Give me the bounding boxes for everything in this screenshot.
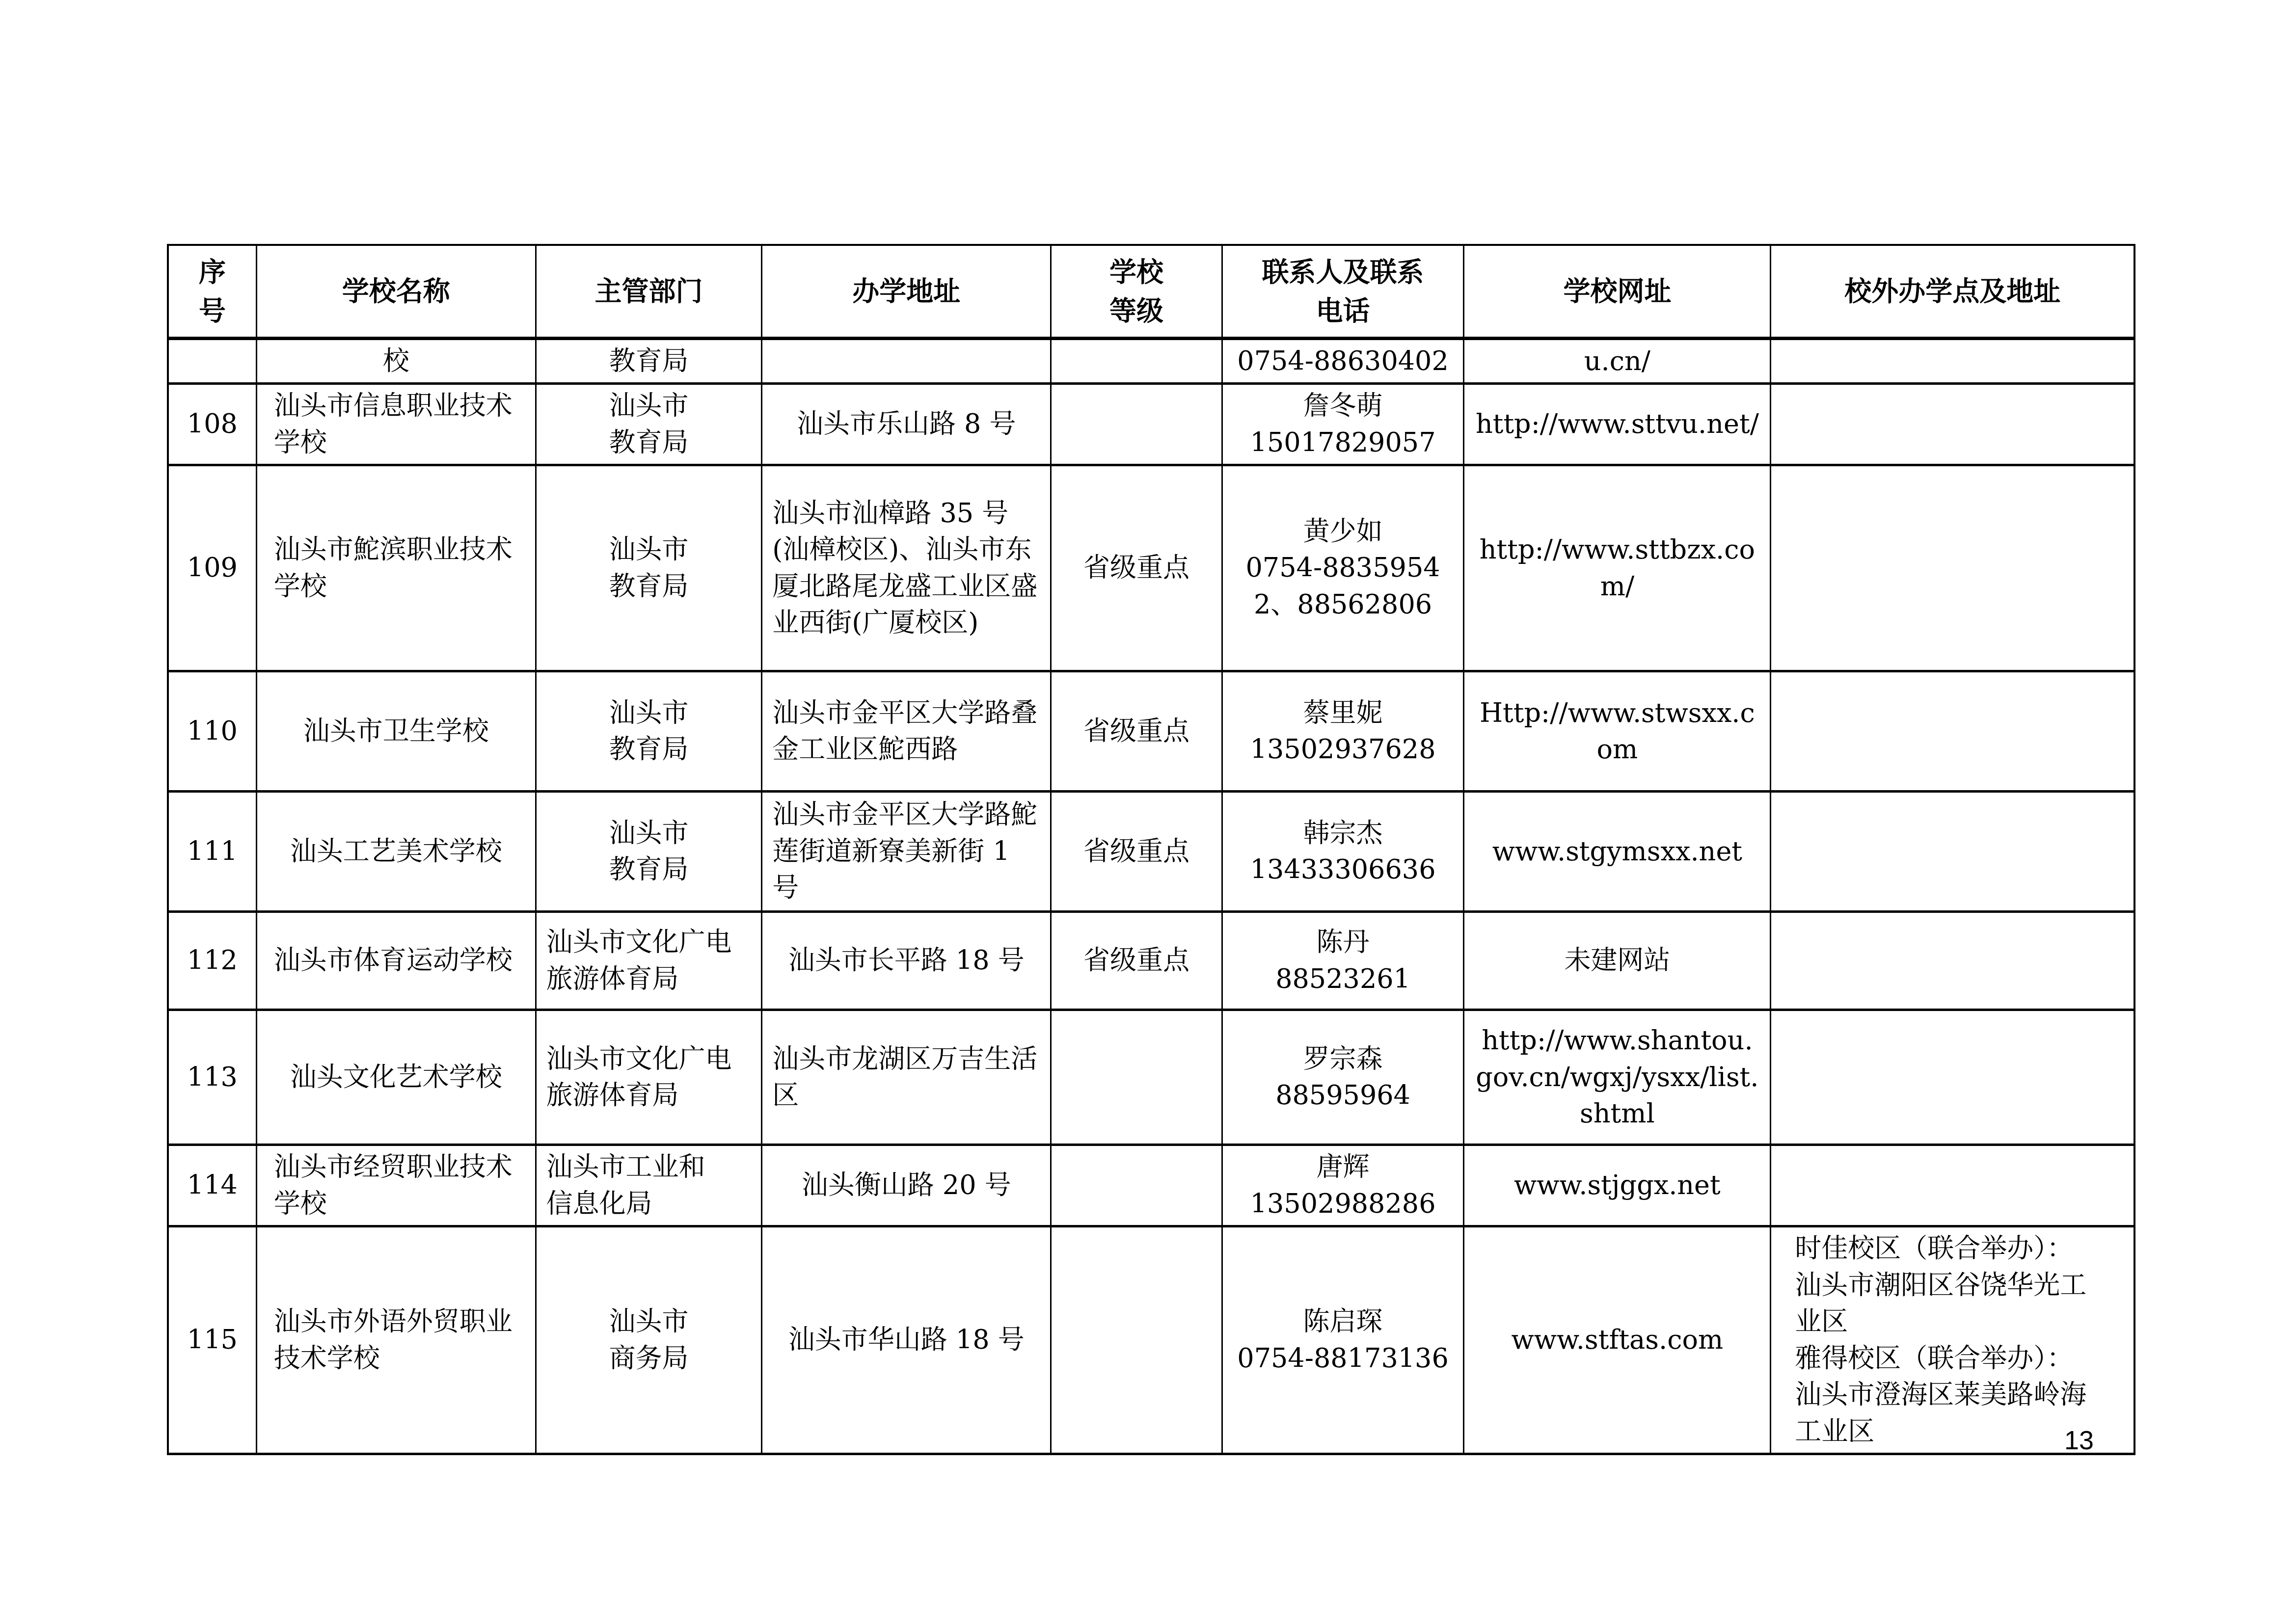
cell-offsite [1771,1010,2134,1145]
cell-school-level [1051,1010,1222,1145]
cell-serial-number: 114 [168,1145,256,1226]
cell-department: 汕头市 教育局 [536,671,762,792]
cell-serial-number [168,338,256,384]
cell-school-level [1051,1226,1222,1454]
cell-department: 汕头市工业和 信息化局 [536,1145,762,1226]
cell-school-level: 省级重点 [1051,912,1222,1010]
cell-website: www.stjggx.net [1464,1145,1771,1226]
cell-department: 汕头市 商务局 [536,1226,762,1454]
cell-website: http://www.sttbzx.com/ [1464,465,1771,671]
schools-table: 序 号 学校名称 主管部门 办学地址 学校 等级 联系人及联系 电话 学校网址 … [167,244,2135,1455]
table-header-row: 序 号 学校名称 主管部门 办学地址 学校 等级 联系人及联系 电话 学校网址 … [168,245,2134,338]
col-header-contact: 联系人及联系 电话 [1222,245,1464,338]
cell-offsite [1771,912,2134,1010]
table-row: 109 汕头市鮀滨职业技术学校 汕头市 教育局 汕头市汕樟路 35 号(汕樟校区… [168,465,2134,671]
col-header-website: 学校网址 [1464,245,1771,338]
cell-address: 汕头市汕樟路 35 号(汕樟校区)、汕头市东厦北路尾龙盛工业区盛业西街(广厦校区… [762,465,1051,671]
table-body: 校 教育局 0754-88630402 u.cn/ 108 汕头市信息职业技术学… [168,338,2134,1454]
cell-school-level [1051,338,1222,384]
cell-website: 未建网站 [1464,912,1771,1010]
cell-address: 汕头市长平路 18 号 [762,912,1051,1010]
col-header-level: 学校 等级 [1051,245,1222,338]
table-row: 108 汕头市信息职业技术学校 汕头市 教育局 汕头市乐山路 8 号 詹冬萌 1… [168,384,2134,465]
cell-school-name: 汕头市卫生学校 [256,671,536,792]
cell-department: 汕头市文化广电旅游体育局 [536,1010,762,1145]
cell-contact: 陈启琛 0754-88173136 [1222,1226,1464,1454]
cell-serial-number: 108 [168,384,256,465]
cell-address: 汕头市华山路 18 号 [762,1226,1051,1454]
cell-contact: 罗宗森 88595964 [1222,1010,1464,1145]
cell-contact: 陈丹 88523261 [1222,912,1464,1010]
cell-department: 教育局 [536,338,762,384]
cell-contact: 韩宗杰 13433306636 [1222,792,1464,912]
cell-offsite: 时佳校区（联合举办）： 汕头市潮阳区谷饶华光工业区 雅得校区（联合举办）： 汕头… [1771,1226,2134,1454]
cell-website: u.cn/ [1464,338,1771,384]
table-row: 110 汕头市卫生学校 汕头市 教育局 汕头市金平区大学路叠金工业区鮀西路 省级… [168,671,2134,792]
cell-offsite [1771,338,2134,384]
cell-address: 汕头衡山路 20 号 [762,1145,1051,1226]
cell-address: 汕头市金平区大学路叠金工业区鮀西路 [762,671,1051,792]
cell-serial-number: 109 [168,465,256,671]
cell-address: 汕头市乐山路 8 号 [762,384,1051,465]
cell-serial-number: 113 [168,1010,256,1145]
cell-contact: 蔡里妮 13502937628 [1222,671,1464,792]
cell-serial-number: 115 [168,1226,256,1454]
col-header-offsite: 校外办学点及地址 [1771,245,2134,338]
cell-school-name: 汕头市鮀滨职业技术学校 [256,465,536,671]
cell-contact: 詹冬萌 15017829057 [1222,384,1464,465]
cell-school-level: 省级重点 [1051,671,1222,792]
cell-contact: 黄少如 0754-88359542、88562806 [1222,465,1464,671]
cell-offsite [1771,792,2134,912]
table-row: 113 汕头文化艺术学校 汕头市文化广电旅游体育局 汕头市龙湖区万吉生活区 罗宗… [168,1010,2134,1145]
cell-website: Http://www.stwsxx.com [1464,671,1771,792]
table-row: 112 汕头市体育运动学校 汕头市文化广电旅游体育局 汕头市长平路 18 号 省… [168,912,2134,1010]
cell-address: 汕头市金平区大学路鮀莲街道新寮美新街 1 号 [762,792,1051,912]
cell-contact: 唐辉 13502988286 [1222,1145,1464,1226]
cell-school-level: 省级重点 [1051,792,1222,912]
cell-school-name: 汕头市外语外贸职业技术学校 [256,1226,536,1454]
cell-school-name: 汕头市信息职业技术学校 [256,384,536,465]
cell-website: www.stftas.com [1464,1226,1771,1454]
cell-department: 汕头市 教育局 [536,465,762,671]
cell-website: http://www.sttvu.net/ [1464,384,1771,465]
cell-address: 汕头市龙湖区万吉生活区 [762,1010,1051,1145]
cell-offsite [1771,1145,2134,1226]
cell-school-name: 汕头文化艺术学校 [256,1010,536,1145]
cell-website: http://www.shantou.gov.cn/wgxj/ysxx/list… [1464,1010,1771,1145]
col-header-dept: 主管部门 [536,245,762,338]
cell-school-name: 汕头市体育运动学校 [256,912,536,1010]
cell-website: www.stgymsxx.net [1464,792,1771,912]
cell-school-level [1051,1145,1222,1226]
cell-serial-number: 110 [168,671,256,792]
table-row: 校 教育局 0754-88630402 u.cn/ [168,338,2134,384]
cell-department: 汕头市 教育局 [536,792,762,912]
cell-serial-number: 112 [168,912,256,1010]
cell-school-level: 省级重点 [1051,465,1222,671]
table-row: 115 汕头市外语外贸职业技术学校 汕头市 商务局 汕头市华山路 18 号 陈启… [168,1226,2134,1454]
table-row: 111 汕头工艺美术学校 汕头市 教育局 汕头市金平区大学路鮀莲街道新寮美新街 … [168,792,2134,912]
col-header-no: 序 号 [168,245,256,338]
cell-school-name: 校 [256,338,536,384]
cell-school-name: 汕头工艺美术学校 [256,792,536,912]
cell-offsite [1771,671,2134,792]
cell-department: 汕头市文化广电旅游体育局 [536,912,762,1010]
cell-serial-number: 111 [168,792,256,912]
col-header-address: 办学地址 [762,245,1051,338]
col-header-name: 学校名称 [256,245,536,338]
cell-address [762,338,1051,384]
cell-school-name: 汕头市经贸职业技术学校 [256,1145,536,1226]
cell-offsite [1771,384,2134,465]
cell-school-level [1051,384,1222,465]
cell-department: 汕头市 教育局 [536,384,762,465]
table-row: 114 汕头市经贸职业技术学校 汕头市工业和 信息化局 汕头衡山路 20 号 唐… [168,1145,2134,1226]
cell-contact: 0754-88630402 [1222,338,1464,384]
page-number: 13 [2064,1427,2094,1454]
cell-offsite [1771,465,2134,671]
